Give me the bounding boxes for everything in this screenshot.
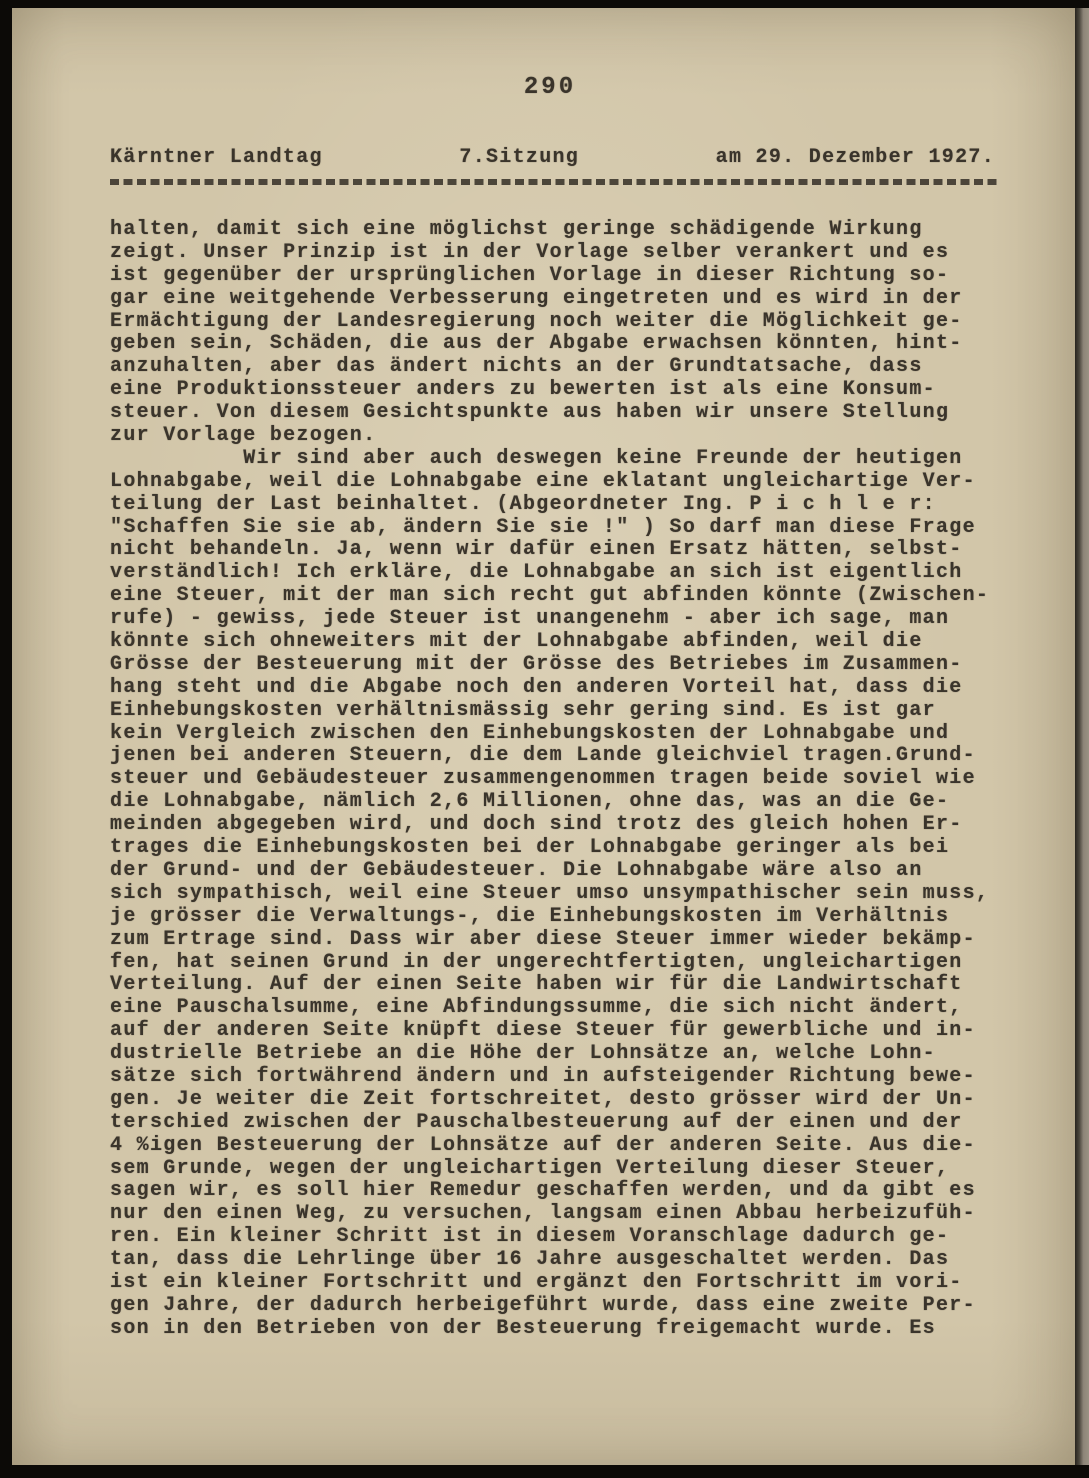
- text-line: dustrielle Betriebe an die Höhe der Lohn…: [110, 1043, 1010, 1066]
- text-line: trages die Einhebungskosten bei der Lohn…: [110, 837, 1010, 860]
- text-line: zur Vorlage bezogen.: [110, 425, 1010, 448]
- text-line: gen. Je weiter die Zeit fortschreitet, d…: [110, 1089, 1010, 1112]
- text-line: Lohnabgabe, weil die Lohnabgabe eine ekl…: [110, 471, 1010, 494]
- text-line: verständlich! Ich erkläre, die Lohnabgab…: [110, 562, 1010, 585]
- text-line: tan, dass die Lehrlinge über 16 Jahre au…: [110, 1249, 1010, 1272]
- text-line: 4 %igen Besteuerung der Lohnsätze auf de…: [110, 1135, 1010, 1158]
- text-line: hang steht und die Abgabe noch den ander…: [110, 677, 1010, 700]
- text-line: ren. Ein kleiner Schritt ist in diesem V…: [110, 1226, 1010, 1249]
- scanned-page: { "colors": { "paper": "#d2c6a9", "ink":…: [0, 0, 1089, 1478]
- text-line: je grösser die Verwaltungs-, die Einhebu…: [110, 906, 1010, 929]
- scan-page-edge: [1075, 8, 1089, 1465]
- text-line: sätze sich fortwährend ändern und in auf…: [110, 1066, 1010, 1089]
- text-line: sagen wir, es soll hier Remedur geschaff…: [110, 1180, 1010, 1203]
- text-line: eine Produktionssteuer anders zu bewerte…: [110, 379, 1010, 402]
- text-line: ist ein kleiner Fortschritt und ergänzt …: [110, 1272, 1010, 1295]
- text-line: fen, hat seinen Grund in der ungerechtfe…: [110, 952, 1010, 975]
- text-line: terschied zwischen der Pauschalbesteueru…: [110, 1112, 1010, 1135]
- text-line: zeigt. Unser Prinzip ist in der Vorlage …: [110, 242, 1010, 265]
- text-line: gen Jahre, der dadurch herbeigeführt wur…: [110, 1295, 1010, 1318]
- text-line: nur den einen Weg, zu versuchen, langsam…: [110, 1203, 1010, 1226]
- page-number: 290: [110, 74, 990, 101]
- text-line: zum Ertrage sind. Dass wir aber diese St…: [110, 929, 1010, 952]
- header-session-date: am 29. Dezember 1927.: [716, 146, 995, 169]
- text-line: Verteilung. Auf der einen Seite haben wi…: [110, 974, 1010, 997]
- text-line: rufe) - gewiss, jede Steuer ist unangene…: [110, 608, 1010, 631]
- text-line: könnte sich ohneweiters mit der Lohnabga…: [110, 631, 1010, 654]
- text-line: teilung der Last beinhaltet. (Abgeordnet…: [110, 494, 1010, 517]
- text-line: son in den Betrieben von der Besteuerung…: [110, 1318, 1010, 1341]
- text-line: sich sympathisch, weil eine Steuer umso …: [110, 883, 1010, 906]
- text-line: steuer. Von diesem Gesichtspunkte aus ha…: [110, 402, 1010, 425]
- document-body: halten, damit sich eine möglichst gering…: [110, 219, 1010, 1341]
- text-line: gar eine weitgehende Verbesserung einget…: [110, 288, 1010, 311]
- text-line: eine Pauschalsumme, eine Abfindungssumme…: [110, 997, 1010, 1020]
- header-parliament-name: Kärntner Landtag: [110, 146, 323, 169]
- session-header: Kärntner Landtag 7.Sitzung am 29. Dezemb…: [110, 146, 995, 169]
- text-line: Einhebungskosten verhältnismässig sehr g…: [110, 700, 1010, 723]
- text-line: jenen bei anderen Steuern, die dem Lande…: [110, 745, 1010, 768]
- text-line: "Schaffen Sie sie ab, ändern Sie sie !" …: [110, 517, 1010, 540]
- text-line: steuer und Gebäudesteuer zusammengenomme…: [110, 768, 1010, 791]
- text-line: Ermächtigung der Landesregierung noch we…: [110, 311, 1010, 334]
- text-line: ist gegenüber der ursprünglichen Vorlage…: [110, 265, 1010, 288]
- header-session-number: 7.Sitzung: [459, 146, 579, 169]
- text-line: die Lohnabgabe, nämlich 2,6 Millionen, o…: [110, 791, 1010, 814]
- text-line: halten, damit sich eine möglichst gering…: [110, 219, 1010, 242]
- text-line: kein Vergleich zwischen den Einhebungsko…: [110, 723, 1010, 746]
- text-line: anzuhalten, aber das ändert nichts an de…: [110, 356, 1010, 379]
- text-line: Wir sind aber auch deswegen keine Freund…: [110, 448, 1010, 471]
- text-line: auf der anderen Seite knüpft diese Steue…: [110, 1020, 1010, 1043]
- text-line: meinden abgegeben wird, und doch sind tr…: [110, 814, 1010, 837]
- header-divider: [110, 179, 998, 185]
- text-line: eine Steuer, mit der man sich recht gut …: [110, 585, 1010, 608]
- text-line: nicht behandeln. Ja, wenn wir dafür eine…: [110, 539, 1010, 562]
- paper-sheet: 290 Kärntner Landtag 7.Sitzung am 29. De…: [12, 8, 1075, 1465]
- text-line: Grösse der Besteuerung mit der Grösse de…: [110, 654, 1010, 677]
- text-line: der Grund- und der Gebäudesteuer. Die Lo…: [110, 860, 1010, 883]
- text-line: sem Grunde, wegen der ungleichartigen Ve…: [110, 1158, 1010, 1181]
- text-line: geben sein, Schäden, die aus der Abgabe …: [110, 333, 1010, 356]
